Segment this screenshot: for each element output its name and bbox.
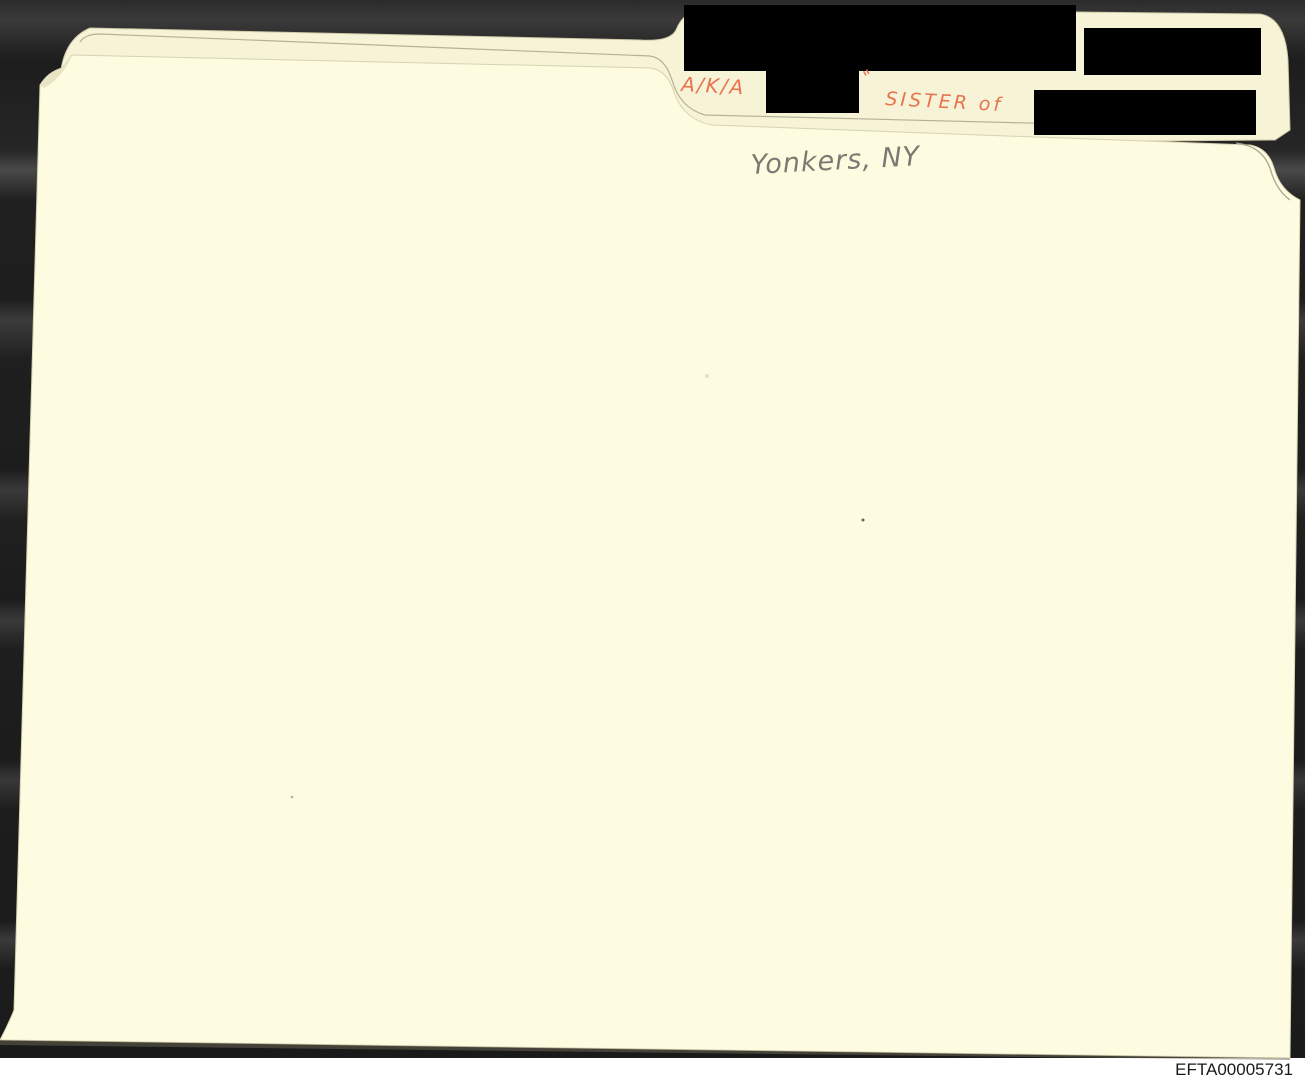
redaction-sister-of-name bbox=[1034, 90, 1256, 135]
file-folder bbox=[0, 0, 1305, 1060]
folder-front-panel bbox=[0, 55, 1300, 1058]
aka-label: A/K/A bbox=[681, 72, 746, 99]
redaction-aka-name bbox=[766, 70, 859, 113]
paper-speck bbox=[862, 519, 865, 522]
paper-speck bbox=[291, 796, 294, 799]
bates-number: EFTA00005731 bbox=[1175, 1060, 1293, 1080]
paper-speck bbox=[705, 374, 709, 378]
redaction-name-secondary bbox=[1084, 28, 1261, 75]
redaction-name-primary bbox=[684, 5, 1076, 71]
